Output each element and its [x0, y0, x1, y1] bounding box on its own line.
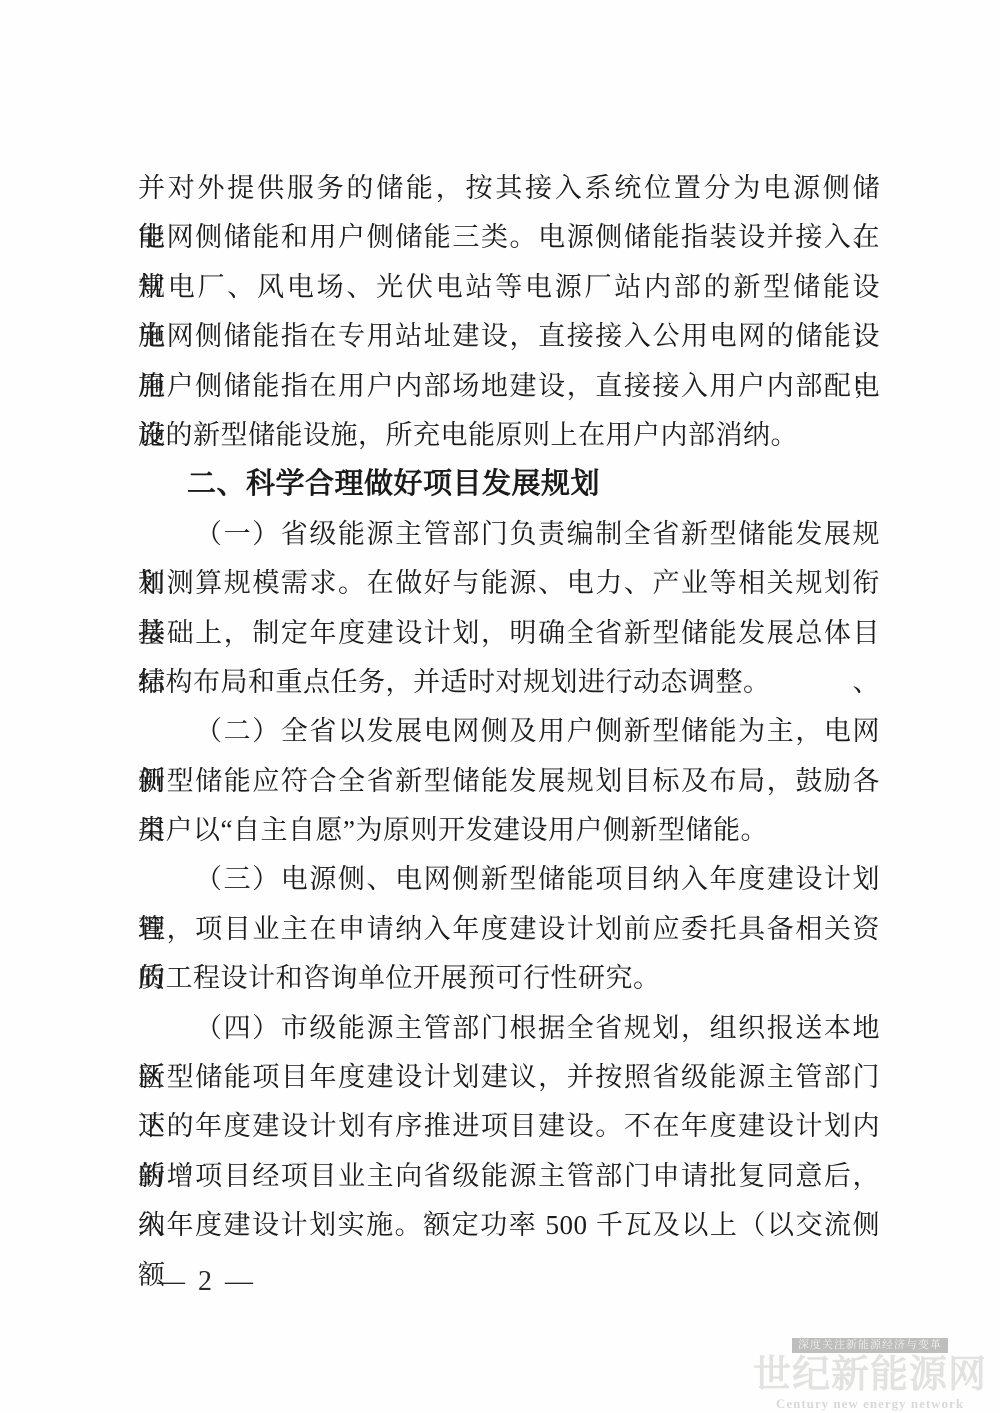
- body-text-line: （四）市级能源主管部门根据全省规划，组织报送本地区: [138, 1004, 880, 1053]
- body-text-line: 电网侧储能和用户侧储能三类。电源侧储能指装设并接入在常: [138, 213, 880, 262]
- body-text-line: 基础上，制定年度建设计划，明确全省新型储能发展总体目标、: [138, 609, 880, 658]
- body-text-line: 结构布局和重点任务，并适时对规划进行动态调整。: [138, 658, 880, 707]
- paragraph-3: （三）电源侧、电网侧新型储能项目纳入年度建设计划管 理，项目业主在申请纳入年度建…: [138, 855, 880, 1003]
- intro-paragraph: 并对外提供服务的储能，按其接入系统位置分为电源侧储能、 电网侧储能和用户侧储能三…: [138, 164, 880, 460]
- body-text-line: （一）省级能源主管部门负责编制全省新型储能发展规划: [138, 510, 880, 559]
- body-text-line: 的工程设计和咨询单位开展预可行性研究。: [138, 954, 880, 1003]
- paragraph-4: （四）市级能源主管部门根据全省规划，组织报送本地区 新型储能项目年度建设计划建议…: [138, 1004, 880, 1251]
- body-text-line: 施的新型储能设施，所充电能原则上在用户内部消纳。: [138, 411, 880, 460]
- site-watermark: 深度关注新能源经济与变革 世纪新能源网 Century new energy n…: [750, 1335, 990, 1411]
- paragraph-2: （二）全省以发展电网侧及用户侧新型储能为主，电网侧 新型储能应符合全省新型储能发…: [138, 707, 880, 855]
- body-text-line: 用户以“自主自愿”为原则开发建设用户侧新型储能。: [138, 806, 880, 855]
- body-text-line: 新型储能项目年度建设计划建议，并按照省级能源主管部门下: [138, 1053, 880, 1102]
- body-text-line: （二）全省以发展电网侧及用户侧新型储能为主，电网侧: [138, 707, 880, 756]
- body-text-line: 用户侧储能指在用户内部场地建设，直接接入用户内部配电设: [138, 362, 880, 411]
- body-text-line: 新增项目经项目业主向省级能源主管部门申请批复同意后，纳: [138, 1152, 880, 1201]
- body-text-line: 电网侧储能指在专用站址建设，直接接入公用电网的储能设施；: [138, 312, 880, 361]
- body-text-line: （三）电源侧、电网侧新型储能项目纳入年度建设计划管: [138, 855, 880, 904]
- body-text-line: 并对外提供服务的储能，按其接入系统位置分为电源侧储能、: [138, 164, 880, 213]
- body-text-line: 和测算规模需求。在做好与能源、电力、产业等相关规划衔接: [138, 559, 880, 608]
- body-text-line: 理，项目业主在申请纳入年度建设计划前应委托具备相关资质: [138, 905, 880, 954]
- section-heading: 二、科学合理做好项目发展规划: [138, 460, 880, 509]
- body-text-line: 新型储能应符合全省新型储能发展规划目标及布局，鼓励各类: [138, 757, 880, 806]
- watermark-slogan-badge: 深度关注新能源经济与变革: [792, 1338, 948, 1353]
- paragraph-1: （一）省级能源主管部门负责编制全省新型储能发展规划 和测算规模需求。在做好与能源…: [138, 510, 880, 708]
- body-text-line: 入年度建设计划实施。额定功率 500 千瓦及以上（以交流侧额: [138, 1201, 880, 1250]
- watermark-site-name-en: Century new energy network: [750, 1396, 990, 1411]
- page-number: — 2 —: [157, 1266, 256, 1298]
- watermark-site-name: 世纪新能源网: [750, 1354, 990, 1396]
- text-column: 并对外提供服务的储能，按其接入系统位置分为电源侧储能、 电网侧储能和用户侧储能三…: [138, 164, 880, 1251]
- body-text-line: 规电厂、风电场、光伏电站等电源厂站内部的新型储能设施；: [138, 263, 880, 312]
- body-text-line: 达的年度建设计划有序推进项目建设。不在年度建设计划内的: [138, 1102, 880, 1151]
- document-page: 并对外提供服务的储能，按其接入系统位置分为电源侧储能、 电网侧储能和用户侧储能三…: [0, 0, 1000, 1413]
